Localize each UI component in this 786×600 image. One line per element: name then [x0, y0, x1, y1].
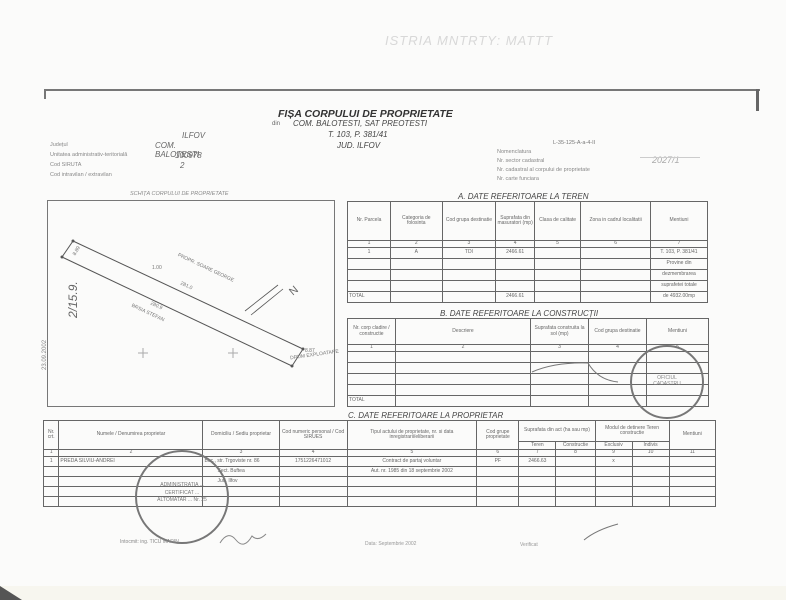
official-stamp-left: ADMINISTRATIA ... CERTIFICAT ... ALTOMAT… — [135, 450, 229, 544]
col-header: Mentiuni — [651, 202, 708, 241]
left-info-block: JudețulILFOV Unitatea administrativ-teri… — [50, 133, 127, 173]
cell: 5 — [534, 241, 580, 248]
cell: 1 — [348, 248, 391, 259]
title-prefix: din — [272, 121, 280, 127]
cell — [496, 270, 535, 281]
parcel-id: T. 103, P. 381/41 — [328, 130, 388, 139]
col-header: Cod grupa destinatie — [442, 202, 496, 241]
cell — [348, 270, 391, 281]
cell: 11 — [669, 450, 715, 457]
info-label: Nr. carte funciara — [497, 176, 539, 182]
parcel-sketch — [48, 201, 334, 406]
col-subheader: Exclusiv — [595, 442, 632, 450]
corner-mark-left — [44, 89, 46, 99]
cell — [496, 281, 535, 292]
index-row: 1234567 — [348, 241, 708, 248]
bleed-through-text: ISTRIA MNTRTY: MATTT — [385, 33, 553, 48]
col-header: Nr. crt. — [44, 421, 59, 450]
cell — [581, 248, 651, 259]
document-date: Data: Septembrie 2002 — [365, 541, 416, 547]
cell: TOTAL — [348, 292, 391, 303]
info-value: 100978 — [175, 151, 202, 160]
info-value: 2 — [180, 161, 184, 170]
col-header: Zona in cadrul localitatii — [581, 202, 651, 241]
signature-right — [582, 520, 622, 544]
col-header: Numele / Denumirea proprietar — [59, 421, 203, 450]
cell: 9 — [595, 450, 632, 457]
land-table: Nr. Parcela Categoria de folosinta Cod g… — [347, 201, 708, 303]
table-header-row: Nr. crt. Numele / Denumirea proprietar D… — [44, 421, 716, 442]
scan-bottom-edge — [0, 586, 786, 600]
cell — [632, 457, 669, 467]
section-c-title: C. DATE REFERITOARE LA PROPRIETAR — [348, 411, 503, 420]
handwritten-note: 2/15.9. — [66, 281, 80, 318]
cell: 4 — [496, 241, 535, 248]
cell — [581, 270, 651, 281]
cell: 2 — [390, 241, 442, 248]
section-a-title: A. DATE REFERITOARE LA TEREN — [458, 192, 589, 201]
cell: 1 — [44, 450, 59, 457]
info-value: ILFOV — [182, 131, 205, 140]
cell — [390, 259, 442, 270]
side-date-stamp: 23.09.2002 — [42, 340, 48, 370]
section-b-title: B. DATE REFERITOARE LA CONSTRUCȚII — [440, 309, 598, 318]
cell: 2466.63 — [519, 457, 556, 467]
index-row: 1234567891011 — [44, 450, 716, 457]
table-row: Provine din — [348, 259, 708, 270]
pen-stroke — [530, 360, 620, 390]
sketch-dim-mid: 1.00 — [152, 265, 162, 271]
cell: 1751226471012 — [279, 457, 347, 467]
cell: 7 — [519, 450, 556, 457]
total-row: TOTAL2466.61de 4932.00mp — [348, 292, 708, 303]
cell: 6 — [581, 241, 651, 248]
sketch-frame — [47, 200, 335, 407]
sketch-dim-right: 8.87 — [305, 348, 315, 354]
col-header: Descriere — [396, 319, 531, 345]
col-header: Cod grupa destinatie — [589, 319, 647, 345]
col-header: Nr. Parcela — [348, 202, 391, 241]
cell — [496, 259, 535, 270]
cell: x — [595, 457, 632, 467]
stamp-text: OFICIUL CADASTRU — [644, 375, 690, 387]
prepared-by: Intocmit: ing. TICU MARIN — [120, 539, 179, 545]
cell: Contract de partaj voluntar — [347, 457, 477, 467]
cell — [534, 281, 580, 292]
col-header: Clasa de calitate — [534, 202, 580, 241]
cell: de 4932.00mp — [651, 292, 708, 303]
table-header-row: Nr. corp cladire / constructie Descriere… — [348, 319, 709, 345]
table-row: suprafetei totale — [348, 281, 708, 292]
col-header: Modul de detinere Teren constructie — [595, 421, 669, 442]
cell — [581, 259, 651, 270]
county: JUD. ILFOV — [337, 141, 380, 150]
table-row: 1 PREDA SILVIU-ANDREI Buc., str. Trgovis… — [44, 457, 716, 467]
cell: 3 — [531, 345, 589, 352]
cell: Provine din — [651, 259, 708, 270]
col-header: Domiciliu / Sediu proprietar — [203, 421, 279, 450]
col-header: Tipul actului de proprietate, nr. si dat… — [347, 421, 477, 450]
locality: COM. BALOTESTI, SAT PREOTESTI — [293, 119, 427, 128]
verified-by: Verificat — [520, 542, 538, 548]
cell: 4 — [589, 345, 647, 352]
cell — [442, 292, 496, 303]
cell — [390, 292, 442, 303]
official-stamp-right: OFICIUL CADASTRU — [630, 345, 704, 419]
cell: PF — [477, 457, 519, 467]
col-header: Cod numeric personal / Cod SIRUES — [279, 421, 347, 450]
cell: Aut. nr. 1985 din 18 septembrie 2002 — [347, 467, 477, 477]
cell: 6 — [477, 450, 519, 457]
cell — [442, 281, 496, 292]
underline — [640, 157, 700, 158]
cell: 3 — [203, 450, 279, 457]
col-header: Suprafata din act (ha sau mp) — [519, 421, 595, 442]
col-header: Suprafata din masuratori (mp) — [496, 202, 535, 241]
cell — [442, 259, 496, 270]
cell — [534, 270, 580, 281]
table-row: 1ATDI2466.61T. 103, P. 381/41 — [348, 248, 708, 259]
top-rule — [44, 89, 760, 91]
col-header: Suprafata construita la sol (mp) — [531, 319, 589, 345]
col-subheader: Constructie — [556, 442, 595, 450]
cell: 2466.61 — [496, 292, 535, 303]
cell — [348, 259, 391, 270]
cell: 5 — [347, 450, 477, 457]
cell — [534, 259, 580, 270]
cell: 1 — [348, 241, 391, 248]
table-row: dezmembrarea — [348, 270, 708, 281]
cell: suprafetei totale — [651, 281, 708, 292]
cell — [669, 457, 715, 467]
info-value: L-35-125-A-a-4-II — [553, 140, 595, 146]
col-subheader: Indivis — [632, 442, 669, 450]
cell: 3 — [442, 241, 496, 248]
col-header: Nr. corp cladire / constructie — [348, 319, 396, 345]
cell — [534, 292, 580, 303]
cell — [581, 292, 651, 303]
stamp-text: ADMINISTRATIA ... CERTIFICAT ... ALTOMAT… — [151, 482, 213, 505]
cell — [534, 248, 580, 259]
col-header: Cod grupe proprietate — [477, 421, 519, 450]
cell — [556, 457, 595, 467]
col-header: Mentiuni — [647, 319, 709, 345]
info-label: Cod intravilan / extravilan — [50, 172, 112, 178]
sketch-title: SCHIȚA CORPULUI DE PROPRIETATE — [130, 191, 229, 197]
cell: dezmembrarea — [651, 270, 708, 281]
cell: 4 — [279, 450, 347, 457]
col-header: Mentiuni — [669, 421, 715, 450]
cell: 2 — [396, 345, 531, 352]
right-info-block: NomenclaturaL-35-125-A-a-4-II Nr. sector… — [497, 140, 707, 176]
cell — [442, 270, 496, 281]
signature-left — [218, 528, 268, 550]
cell: TDI — [442, 248, 496, 259]
cell: T. 103, P. 381/41 — [651, 248, 708, 259]
cell — [390, 270, 442, 281]
cell: TOTAL — [348, 396, 396, 407]
cell: 8 — [556, 450, 595, 457]
cell — [390, 281, 442, 292]
scan-corner-shadow — [0, 586, 22, 600]
col-subheader: Teren — [519, 442, 556, 450]
cell: A — [390, 248, 442, 259]
cell: 10 — [632, 450, 669, 457]
cell — [581, 281, 651, 292]
cell: 1 — [348, 345, 396, 352]
cell: 7 — [651, 241, 708, 248]
corner-mark-right — [756, 89, 759, 111]
cell: 2466.61 — [496, 248, 535, 259]
cell: 1 — [44, 457, 59, 467]
col-header: Categoria de folosinta — [390, 202, 442, 241]
cell — [348, 281, 391, 292]
table-header-row: Nr. Parcela Categoria de folosinta Cod g… — [348, 202, 708, 241]
